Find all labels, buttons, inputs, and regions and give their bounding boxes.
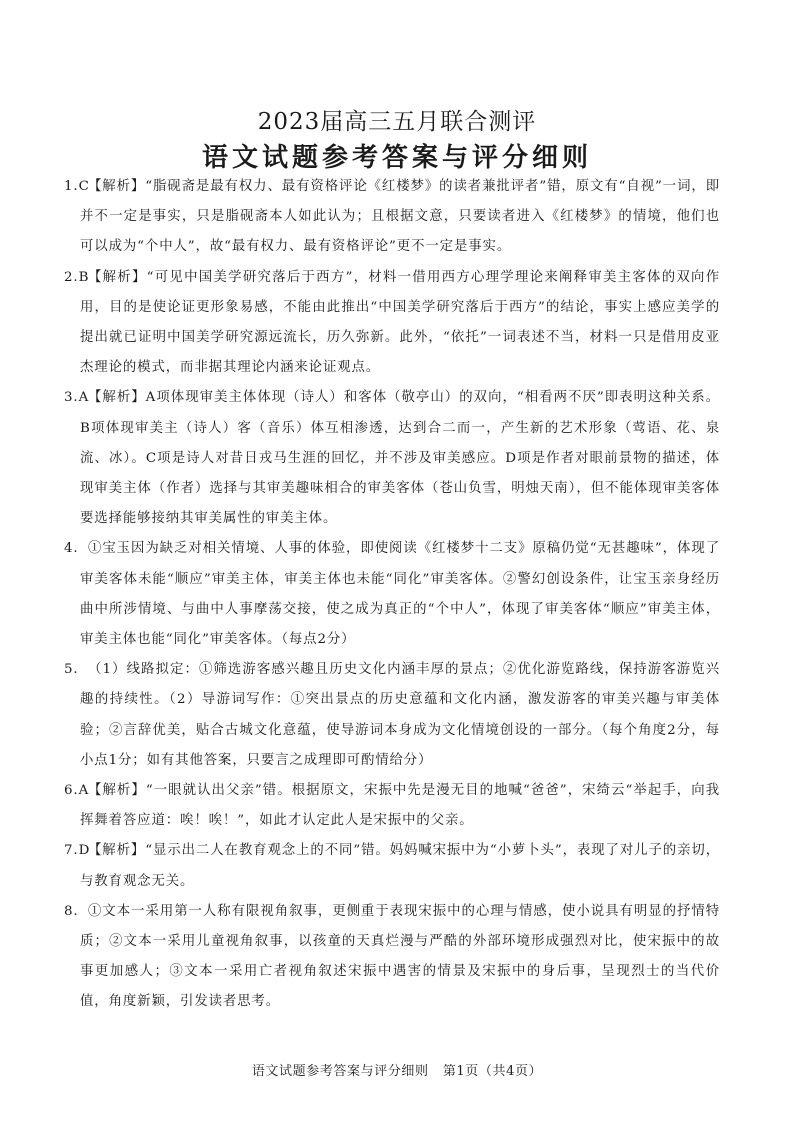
answer-item-6: 6.A 【解析】“一眼就认出父亲”错。根据原文，宋振中先是漫无目的地喊“爸爸”，… <box>64 776 720 836</box>
answer-number: 2.B <box>64 263 86 293</box>
footer-page-info: 第1页（共4页） <box>443 1064 542 1079</box>
answer-number: 8. <box>64 897 86 927</box>
answer-item-4: 4. ①宝玉因为缺乏对相关情境、人事的体验，即使阅读《红楼梦十二支》原稿仍觉“无… <box>64 534 720 655</box>
answer-item-2: 2.B 【解析】“可见中国美学研究落后于西方”，材料一借用西方心理学理论来阐释审… <box>64 263 720 384</box>
answer-number: 6.A <box>64 776 86 806</box>
answer-text: （1）线路拟定：①筛选游客感兴趣且历史文化内涵丰厚的景点；②优化游览路线，保持游… <box>64 655 720 776</box>
answer-item-7: 7.D 【解析】“显示出二人在教育观念上的不同”错。妈妈喊宋振中为“小萝卜头”，… <box>64 836 720 896</box>
answer-item-1: 1.C 【解析】“脂砚斋是最有权力、最有资格评论《红楼梦》的读者兼批评者”错，原… <box>64 172 720 263</box>
answer-item-3: 3.A 【解析】A项体现审美主体体现（诗人）和客体（敬亭山）的双向，“相看两不厌… <box>64 383 720 534</box>
answer-text: 【解析】A项体现审美主体体现（诗人）和客体（敬亭山）的双向，“相看两不厌”即表明… <box>64 383 720 534</box>
answer-list: 1.C 【解析】“脂砚斋是最有权力、最有资格评论《红楼梦》的读者兼批评者”错，原… <box>64 172 720 1018</box>
footer-doc-name: 语文试题参考答案与评分细则 <box>252 1064 429 1079</box>
answer-text: 【解析】“一眼就认出父亲”错。根据原文，宋振中先是漫无目的地喊“爸爸”，宋绮云“… <box>64 776 720 836</box>
answer-text: 【解析】“脂砚斋是最有权力、最有资格评论《红楼梦》的读者兼批评者”错，原文有“自… <box>64 172 720 263</box>
page-footer: 语文试题参考答案与评分细则 第1页（共4页） <box>0 1060 794 1079</box>
answer-item-5: 5. （1）线路拟定：①筛选游客感兴趣且历史文化内涵丰厚的景点；②优化游览路线，… <box>64 655 720 776</box>
answer-number: 3.A <box>64 383 86 413</box>
answer-item-8: 8. ①文本一采用第一人称有限视角叙事，更侧重于表现宋振中的心理与情感，使小说具… <box>64 897 720 1018</box>
document-subtitle: 语文试题参考答案与评分细则 <box>0 137 794 174</box>
answer-text: ①文本一采用第一人称有限视角叙事，更侧重于表现宋振中的心理与情感，使小说具有明显… <box>64 897 720 1018</box>
answer-number: 5. <box>64 655 86 685</box>
answer-text: 【解析】“显示出二人在教育观念上的不同”错。妈妈喊宋振中为“小萝卜头”，表现了对… <box>64 836 720 896</box>
answer-text: ①宝玉因为缺乏对相关情境、人事的体验，即使阅读《红楼梦十二支》原稿仍觉“无甚趣味… <box>64 534 720 655</box>
page-title: 2023届高三五月联合测评 <box>0 103 794 136</box>
answer-number: 1.C <box>64 172 86 202</box>
answer-text: 【解析】“可见中国美学研究落后于西方”，材料一借用西方心理学理论来阐释审美主客体… <box>64 263 720 384</box>
answer-number: 7.D <box>64 836 86 866</box>
answer-number: 4. <box>64 534 86 564</box>
